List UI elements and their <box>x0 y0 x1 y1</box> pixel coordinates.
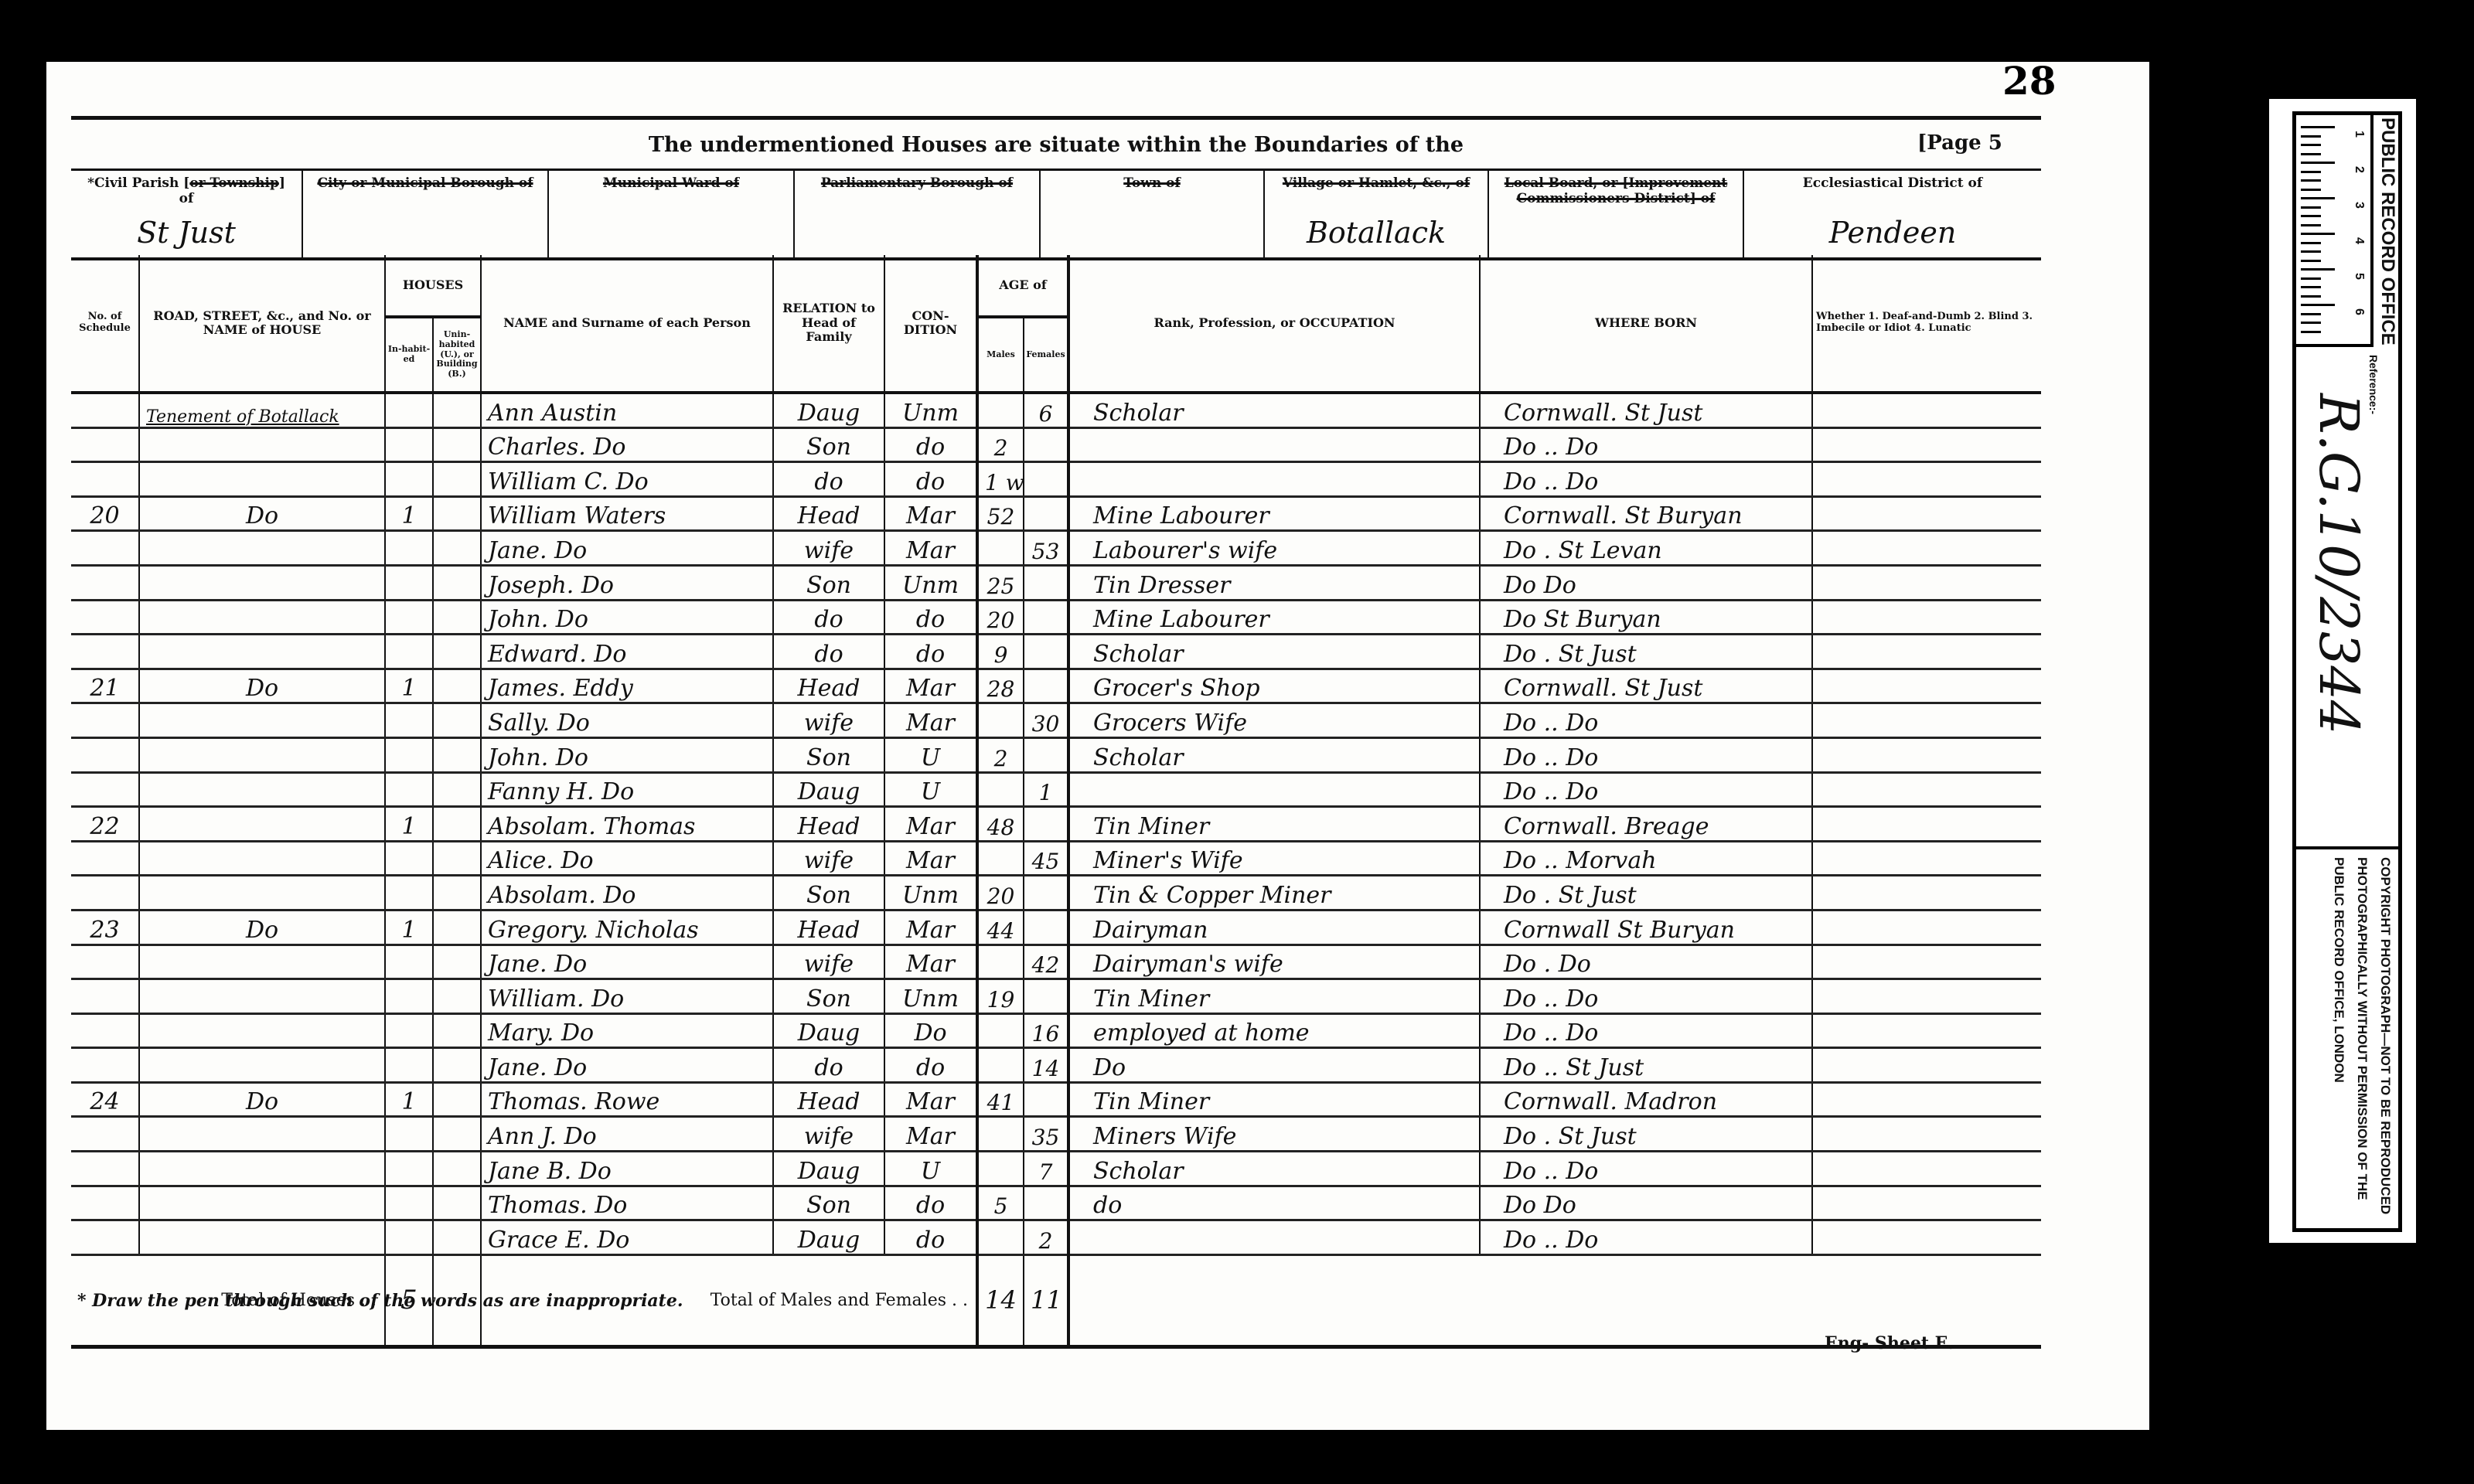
schedule-cell <box>71 427 139 462</box>
label-title: PUBLIC RECORD OFFICE <box>2372 115 2403 347</box>
where-born-cell: Do . St Levan <box>1480 531 1812 566</box>
schedule-cell <box>71 1117 139 1152</box>
occupation-cell: Miner's Wife <box>1068 841 1480 876</box>
boundary-label-part: City or Municipal Borough of <box>317 175 533 191</box>
male-age-cell <box>977 1048 1024 1083</box>
female-age-cell <box>1024 1186 1068 1220</box>
boundary-label-part: Local Board, or [Improvement Commissione… <box>1505 175 1728 206</box>
boundary-value: Pendeen <box>1744 216 2041 250</box>
name-cell: Absolam. Do <box>481 876 773 910</box>
col-road: ROAD, STREET, &c., and No. or NAME of HO… <box>139 255 385 393</box>
schedule-cell <box>71 703 139 738</box>
road-cell: Do <box>139 669 385 703</box>
boundary-label-part: *Civil Parish [ <box>87 175 189 191</box>
col-condition: CON-DITION <box>884 255 977 393</box>
uninhabited-cell <box>433 772 481 807</box>
ruler-tick <box>2301 331 2321 333</box>
uninhabited-cell <box>433 600 481 635</box>
name-cell: Gregory. Nicholas <box>481 910 773 945</box>
name-cell: Charles. Do <box>481 427 773 462</box>
road-cell: Do <box>139 1082 385 1117</box>
inhabited-cell <box>385 876 433 910</box>
uninhabited-cell <box>433 427 481 462</box>
census-table: No. of Schedule ROAD, STREET, &c., and N… <box>71 255 2041 1349</box>
boundary-row: *Civil Parish [or Township] ofSt JustCit… <box>71 168 2041 260</box>
inhabited-cell <box>385 393 433 427</box>
female-age-cell <box>1024 979 1068 1014</box>
condition-cell: Mar <box>884 807 977 842</box>
reference-value: R.G.10/2344 <box>2312 393 2366 734</box>
ruler-tick <box>2301 260 2321 262</box>
name-cell: Jane. Do <box>481 1048 773 1083</box>
uninhabited-cell <box>433 945 481 979</box>
female-age-cell: 30 <box>1024 703 1068 738</box>
schedule-cell: 21 <box>71 669 139 703</box>
where-born-cell: Do .. Do <box>1480 772 1812 807</box>
road-cell: Tenement of Botallack <box>139 393 385 427</box>
occupation-cell: Tin Miner <box>1068 979 1480 1014</box>
occupation-cell: Miners Wife <box>1068 1117 1480 1152</box>
infirmity-cell <box>1812 737 2041 772</box>
schedule-cell: 23 <box>71 910 139 945</box>
infirmity-cell <box>1812 1082 2041 1117</box>
occupation-cell: Grocers Wife <box>1068 703 1480 738</box>
ruler-number: 2 <box>2343 166 2366 173</box>
ruler-tick <box>2301 206 2321 209</box>
inhabited-cell: 1 <box>385 1082 433 1117</box>
infirmity-cell <box>1812 876 2041 910</box>
boundary-label-part: Ecclesiastical District of <box>1803 175 1982 191</box>
occupation-cell <box>1068 1220 1480 1255</box>
table-row: 20Do1William WatersHeadMar52Mine Laboure… <box>71 496 2041 531</box>
schedule-cell <box>71 737 139 772</box>
occupation-cell: Mine Labourer <box>1068 496 1480 531</box>
where-born-cell: Do . Do <box>1480 945 1812 979</box>
col-females: Females <box>1024 317 1068 393</box>
table-row: John. DoSonU2ScholarDo .. Do <box>71 737 2041 772</box>
table-row: Edward. Dododo9ScholarDo . St Just <box>71 635 2041 669</box>
name-cell: William Waters <box>481 496 773 531</box>
road-cell <box>139 565 385 600</box>
road-cell <box>139 945 385 979</box>
where-born-cell: Do .. Do <box>1480 1013 1812 1048</box>
condition-cell: do <box>884 427 977 462</box>
road-cell <box>139 427 385 462</box>
male-age-cell <box>977 1117 1024 1152</box>
where-born-cell: Cornwall. Breage <box>1480 807 1812 842</box>
relation-cell: Daug <box>773 393 884 427</box>
boundary-label-part: Municipal Ward of <box>603 175 739 191</box>
road-cell: Do <box>139 910 385 945</box>
occupation-cell <box>1068 772 1480 807</box>
uninhabited-cell <box>433 841 481 876</box>
table-row: Fanny H. DoDaugU1Do .. Do <box>71 772 2041 807</box>
name-cell: Sally. Do <box>481 703 773 738</box>
condition-cell: Mar <box>884 669 977 703</box>
table-row: William C. Dododo1 wkDo .. Do <box>71 462 2041 497</box>
condition-cell: do <box>884 600 977 635</box>
male-age-cell: 52 <box>977 496 1024 531</box>
condition-cell: Unm <box>884 565 977 600</box>
table-row: Grace E. DoDaugdo2Do .. Do <box>71 1220 2041 1255</box>
uninhabited-cell <box>433 531 481 566</box>
col-relation: RELATION to Head of Family <box>773 255 884 393</box>
table-row: 24Do1Thomas. RoweHeadMar41Tin MinerCornw… <box>71 1082 2041 1117</box>
male-age-cell <box>977 703 1024 738</box>
where-born-cell: Do . St Just <box>1480 635 1812 669</box>
road-cell <box>139 772 385 807</box>
inhabited-cell <box>385 635 433 669</box>
ruler-tick <box>2301 277 2321 280</box>
male-age-cell <box>977 841 1024 876</box>
ruler-tick <box>2301 304 2335 306</box>
female-age-cell <box>1024 807 1068 842</box>
boundary-cell: Ecclesiastical District ofPendeen <box>1744 171 2041 257</box>
boundary-cell: Municipal Ward of <box>549 171 795 257</box>
name-cell: John. Do <box>481 600 773 635</box>
name-cell: Jane B. Do <box>481 1152 773 1186</box>
road-cell <box>139 1013 385 1048</box>
relation-cell: do <box>773 600 884 635</box>
page-tag: [Page 5 <box>1917 131 2002 155</box>
name-cell: William. Do <box>481 979 773 1014</box>
male-age-cell: 48 <box>977 807 1024 842</box>
infirmity-cell <box>1812 1117 2041 1152</box>
occupation-cell: do <box>1068 1186 1480 1220</box>
uninhabited-cell <box>433 1152 481 1186</box>
condition-cell: U <box>884 1152 977 1186</box>
infirmity-cell <box>1812 1186 2041 1220</box>
uninhabited-cell <box>433 703 481 738</box>
inhabited-cell <box>385 945 433 979</box>
infirmity-cell <box>1812 462 2041 497</box>
female-age-cell <box>1024 600 1068 635</box>
inhabited-cell <box>385 841 433 876</box>
occupation-cell: Dairyman <box>1068 910 1480 945</box>
boundary-cell: Local Board, or [Improvement Commissione… <box>1489 171 1744 257</box>
header-row: No. of Schedule ROAD, STREET, &c., and N… <box>71 255 2041 317</box>
relation-cell: Son <box>773 427 884 462</box>
boundary-cell: Village or Hamlet, &c., ofBotallack <box>1265 171 1489 257</box>
infirmity-cell <box>1812 772 2041 807</box>
female-age-cell: 7 <box>1024 1152 1068 1186</box>
ruler-tick <box>2301 126 2335 128</box>
male-age-cell <box>977 393 1024 427</box>
female-age-cell <box>1024 462 1068 497</box>
uninhabited-cell <box>433 669 481 703</box>
infirmity-cell <box>1812 1048 2041 1083</box>
relation-cell: Son <box>773 737 884 772</box>
table-row: John. Dododo20Mine LabourerDo St Buryan <box>71 600 2041 635</box>
table-row: Jane. Dododo14DoDo .. St Just <box>71 1048 2041 1083</box>
road-cell <box>139 1117 385 1152</box>
condition-cell: Mar <box>884 945 977 979</box>
col-houses: HOUSES <box>385 255 481 317</box>
col-age: AGE of <box>977 255 1068 317</box>
occupation-cell: Scholar <box>1068 737 1480 772</box>
where-born-cell: Do . St Just <box>1480 876 1812 910</box>
female-age-cell: 16 <box>1024 1013 1068 1048</box>
ruler-tick <box>2301 224 2321 226</box>
occupation-cell: Tin & Copper Miner <box>1068 876 1480 910</box>
top-rule <box>71 116 2041 120</box>
road-cell <box>139 737 385 772</box>
col-uninhabited: Unin-habited (U.), or Building (B.) <box>433 317 481 393</box>
where-born-cell: Do .. St Just <box>1480 1048 1812 1083</box>
census-body: Tenement of BotallackAnn AustinDaugUnm6S… <box>71 393 2041 1254</box>
schedule-cell <box>71 841 139 876</box>
name-cell: James. Eddy <box>481 669 773 703</box>
name-cell: William C. Do <box>481 462 773 497</box>
name-cell: Mary. Do <box>481 1013 773 1048</box>
infirmity-cell <box>1812 807 2041 842</box>
public-record-office-label: 123456 PUBLIC RECORD OFFICE Reference:- … <box>2269 99 2416 1243</box>
condition-cell: Mar <box>884 703 977 738</box>
uninhabited-cell <box>433 979 481 1014</box>
label-border: 123456 PUBLIC RECORD OFFICE Reference:- … <box>2292 111 2402 1232</box>
col-occupation: Rank, Profession, or OCCUPATION <box>1068 255 1480 393</box>
male-age-cell: 20 <box>977 876 1024 910</box>
road-cell <box>139 1186 385 1220</box>
table-row: Joseph. DoSonUnm25Tin DresserDo Do <box>71 565 2041 600</box>
ruler-tick <box>2301 322 2321 324</box>
male-age-cell: 41 <box>977 1082 1024 1117</box>
ruler-tick <box>2301 135 2321 138</box>
relation-cell: Son <box>773 565 884 600</box>
infirmity-cell <box>1812 531 2041 566</box>
occupation-cell: Scholar <box>1068 393 1480 427</box>
female-age-cell: 45 <box>1024 841 1068 876</box>
relation-cell: Son <box>773 979 884 1014</box>
where-born-cell: Do . St Just <box>1480 1117 1812 1152</box>
inhabited-cell <box>385 979 433 1014</box>
male-age-cell <box>977 1013 1024 1048</box>
col-inhabited: In-habit-ed <box>385 317 433 393</box>
relation-cell: do <box>773 1048 884 1083</box>
col-males: Males <box>977 317 1024 393</box>
uninhabited-cell <box>433 496 481 531</box>
female-age-cell <box>1024 496 1068 531</box>
ruler-tick <box>2301 268 2335 271</box>
table-row: Charles. DoSondo2Do .. Do <box>71 427 2041 462</box>
occupation-cell: Do <box>1068 1048 1480 1083</box>
infirmity-cell <box>1812 496 2041 531</box>
inhabited-cell <box>385 565 433 600</box>
condition-cell: Mar <box>884 841 977 876</box>
relation-cell: do <box>773 635 884 669</box>
total-males-value: 14 <box>977 1254 1024 1346</box>
col-name: NAME and Surname of each Person <box>481 255 773 393</box>
female-age-cell: 53 <box>1024 531 1068 566</box>
relation-cell: Daug <box>773 1220 884 1255</box>
occupation-cell: Scholar <box>1068 1152 1480 1186</box>
uninhabited-cell <box>433 393 481 427</box>
reference-box: Reference:- R.G.10/2344 <box>2296 347 2398 849</box>
ruler-tick <box>2301 189 2321 191</box>
condition-cell: U <box>884 772 977 807</box>
occupation-cell <box>1068 427 1480 462</box>
where-born-cell: Cornwall. Madron <box>1480 1082 1812 1117</box>
male-age-cell <box>977 1152 1024 1186</box>
road-cell <box>139 1152 385 1186</box>
table-row: Absolam. DoSonUnm20Tin & Copper MinerDo … <box>71 876 2041 910</box>
road-cell <box>139 462 385 497</box>
uninhabited-cell <box>433 1013 481 1048</box>
female-age-cell <box>1024 635 1068 669</box>
relation-cell: Head <box>773 496 884 531</box>
ruler-number: 4 <box>2343 237 2366 244</box>
uninhabited-cell <box>433 1220 481 1255</box>
banner-heading: The undermentioned Houses are situate wi… <box>71 122 2041 168</box>
occupation-cell: Tin Miner <box>1068 1082 1480 1117</box>
road-cell <box>139 531 385 566</box>
relation-cell: Daug <box>773 772 884 807</box>
where-born-cell: Do .. Do <box>1480 737 1812 772</box>
schedule-cell <box>71 600 139 635</box>
where-born-cell: Do .. Do <box>1480 1152 1812 1186</box>
infirmity-cell <box>1812 393 2041 427</box>
relation-cell: wife <box>773 1117 884 1152</box>
boundary-label: Municipal Ward of <box>557 175 785 191</box>
where-born-cell: Do .. Do <box>1480 979 1812 1014</box>
road-cell <box>139 600 385 635</box>
relation-cell: wife <box>773 945 884 979</box>
relation-cell: Son <box>773 1186 884 1220</box>
schedule-cell <box>71 393 139 427</box>
scale-ruler: 123456 <box>2296 115 2373 347</box>
female-age-cell <box>1024 427 1068 462</box>
male-age-cell <box>977 945 1024 979</box>
infirmity-cell <box>1812 565 2041 600</box>
female-age-cell <box>1024 565 1068 600</box>
occupation-cell <box>1068 462 1480 497</box>
relation-cell: Daug <box>773 1152 884 1186</box>
table-row: William. DoSonUnm19Tin MinerDo .. Do <box>71 979 2041 1014</box>
infirmity-cell <box>1812 669 2041 703</box>
condition-cell: Mar <box>884 496 977 531</box>
boundary-label: Village or Hamlet, &c., of <box>1273 175 1480 191</box>
infirmity-cell <box>1812 910 2041 945</box>
schedule-cell <box>71 565 139 600</box>
where-born-cell: Do .. Morvah <box>1480 841 1812 876</box>
female-age-cell: 35 <box>1024 1117 1068 1152</box>
occupation-cell: Scholar <box>1068 635 1480 669</box>
boundary-label-part: Town of <box>1123 175 1181 191</box>
table-row: Jane B. DoDaugU7ScholarDo .. Do <box>71 1152 2041 1186</box>
boundary-label: Local Board, or [Improvement Commissione… <box>1497 175 1735 206</box>
occupation-cell: employed at home <box>1068 1013 1480 1048</box>
schedule-cell <box>71 1048 139 1083</box>
uninhabited-cell <box>433 876 481 910</box>
female-age-cell <box>1024 910 1068 945</box>
boundary-label: Ecclesiastical District of <box>1752 175 2033 191</box>
uninhabited-cell <box>433 1048 481 1083</box>
male-age-cell: 2 <box>977 427 1024 462</box>
where-born-cell: Cornwall. St Buryan <box>1480 496 1812 531</box>
inhabited-cell <box>385 1152 433 1186</box>
infirmity-cell <box>1812 703 2041 738</box>
inhabited-cell: 1 <box>385 807 433 842</box>
relation-cell: Head <box>773 910 884 945</box>
schedule-cell <box>71 1220 139 1255</box>
ruler-tick <box>2301 162 2335 164</box>
ruler-tick <box>2301 171 2321 173</box>
where-born-cell: Do .. Do <box>1480 427 1812 462</box>
ruler-tick <box>2301 286 2321 288</box>
male-age-cell: 28 <box>977 669 1024 703</box>
where-born-cell: Do .. Do <box>1480 462 1812 497</box>
uninhabited-cell <box>433 807 481 842</box>
ruler-tick <box>2301 295 2321 298</box>
condition-cell: U <box>884 737 977 772</box>
census-table-wrapper: No. of Schedule ROAD, STREET, &c., and N… <box>71 255 2041 1349</box>
where-born-cell: Cornwall St Buryan <box>1480 910 1812 945</box>
boundary-cell: Town of <box>1041 171 1265 257</box>
col-infirmity: Whether 1. Deaf-and-Dumb 2. Blind 3. Imb… <box>1812 255 2041 393</box>
boundary-cell: *Civil Parish [or Township] ofSt Just <box>71 171 303 257</box>
inhabited-cell <box>385 462 433 497</box>
inhabited-cell: 1 <box>385 669 433 703</box>
boundary-value: St Just <box>71 216 302 250</box>
female-age-cell: 42 <box>1024 945 1068 979</box>
infirmity-cell <box>1812 427 2041 462</box>
condition-cell: Unm <box>884 979 977 1014</box>
ruler-tick <box>2301 233 2335 235</box>
ruler-number: 1 <box>2343 131 2366 138</box>
folio-number: 28 <box>2002 58 2057 104</box>
condition-cell: Unm <box>884 876 977 910</box>
boundary-value: Botallack <box>1265 216 1487 250</box>
name-cell: Thomas. Do <box>481 1186 773 1220</box>
condition-cell: Do <box>884 1013 977 1048</box>
road-cell <box>139 807 385 842</box>
name-cell: Joseph. Do <box>481 565 773 600</box>
condition-cell: Mar <box>884 910 977 945</box>
uninhabited-cell <box>433 1082 481 1117</box>
name-cell: Fanny H. Do <box>481 772 773 807</box>
condition-cell: Mar <box>884 531 977 566</box>
name-cell: Jane. Do <box>481 945 773 979</box>
schedule-cell <box>71 979 139 1014</box>
where-born-cell: Do .. Do <box>1480 703 1812 738</box>
col-schedule: No. of Schedule <box>71 255 139 393</box>
footnote: * Draw the pen through such of the words… <box>77 1291 683 1311</box>
inhabited-cell <box>385 531 433 566</box>
road-cell: Do <box>139 496 385 531</box>
table-row: Ann J. DowifeMar35Miners WifeDo . St Jus… <box>71 1117 2041 1152</box>
ruler-tick <box>2301 250 2321 253</box>
table-row: 23Do1Gregory. NicholasHeadMar44DairymanC… <box>71 910 2041 945</box>
relation-cell: wife <box>773 703 884 738</box>
table-row: Jane. DowifeMar53Labourer's wifeDo . St … <box>71 531 2041 566</box>
male-age-cell: 2 <box>977 737 1024 772</box>
female-age-cell: 1 <box>1024 772 1068 807</box>
relation-cell: Son <box>773 876 884 910</box>
schedule-cell: 22 <box>71 807 139 842</box>
where-born-cell: Do St Buryan <box>1480 600 1812 635</box>
relation-cell: do <box>773 462 884 497</box>
col-where-born: WHERE BORN <box>1480 255 1812 393</box>
ruler-tick <box>2301 144 2321 146</box>
inhabited-cell <box>385 427 433 462</box>
name-cell: Edward. Do <box>481 635 773 669</box>
relation-cell: Head <box>773 669 884 703</box>
sheet-label: Eng- Sheet E. <box>1825 1333 1954 1353</box>
schedule-cell: 24 <box>71 1082 139 1117</box>
occupation-cell: Tin Miner <box>1068 807 1480 842</box>
road-cell <box>139 635 385 669</box>
table-row: Sally. DowifeMar30Grocers WifeDo .. Do <box>71 703 2041 738</box>
